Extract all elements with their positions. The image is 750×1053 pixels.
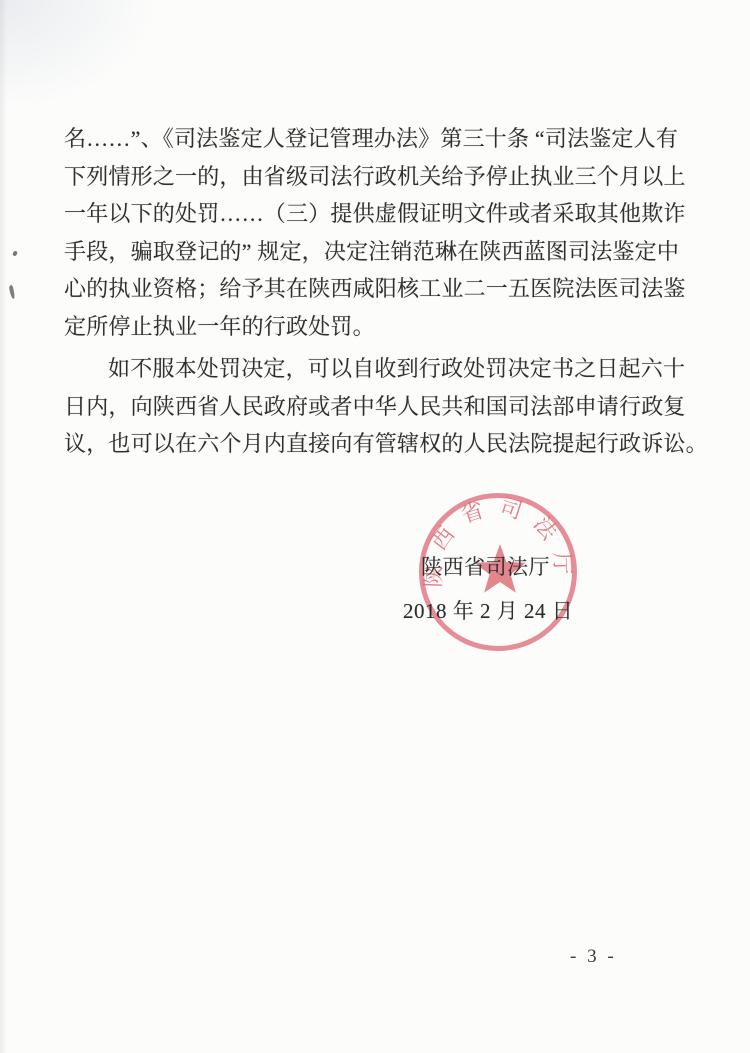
signature-organization: 陕西省司法厅 — [421, 551, 550, 581]
body-line: 如不服本处罚决定，可以自收到行政处罚决定书之日起六十 — [64, 350, 694, 388]
body-line: 日内，向陕西省人民政府或者中华人民共和国司法部申请行政复 — [64, 388, 694, 426]
page-number: - 3 - — [570, 946, 617, 968]
body-line: 下列情形之一的，由省级司法行政机关给予停止执业三个月以上 — [64, 158, 694, 196]
body-line: 手段，骗取登记的” 规定，决定注销范琳在陕西蓝图司法鉴定中 — [64, 233, 694, 271]
scan-speck — [9, 285, 16, 300]
body-text-block: 名……”、《司法鉴定人登记管理办法》第三十条 “司法鉴定人有 下列情形之一的，由… — [64, 120, 694, 463]
body-line: 心的执业资格；给予其在陕西咸阳核工业二一五医院法医司法鉴 — [64, 270, 694, 308]
scanned-document-page: 名……”、《司法鉴定人登记管理办法》第三十条 “司法鉴定人有 下列情形之一的，由… — [0, 0, 750, 1053]
signature-date: 2018 年 2 月 24 日 — [403, 595, 573, 625]
scan-speck — [12, 250, 17, 256]
scan-corner-shading — [0, 0, 160, 110]
scan-edge-shading — [0, 0, 7, 1053]
body-line: 一年以下的处罚……（三）提供虚假证明文件或者采取其他欺诈 — [64, 195, 694, 233]
body-line: 议，也可以在六个月内直接向有管辖权的人民法院提起行政诉讼。 — [64, 425, 694, 463]
body-line: 定所停止执业一年的行政处罚。 — [64, 308, 694, 346]
body-line: 名……”、《司法鉴定人登记管理办法》第三十条 “司法鉴定人有 — [64, 120, 694, 158]
